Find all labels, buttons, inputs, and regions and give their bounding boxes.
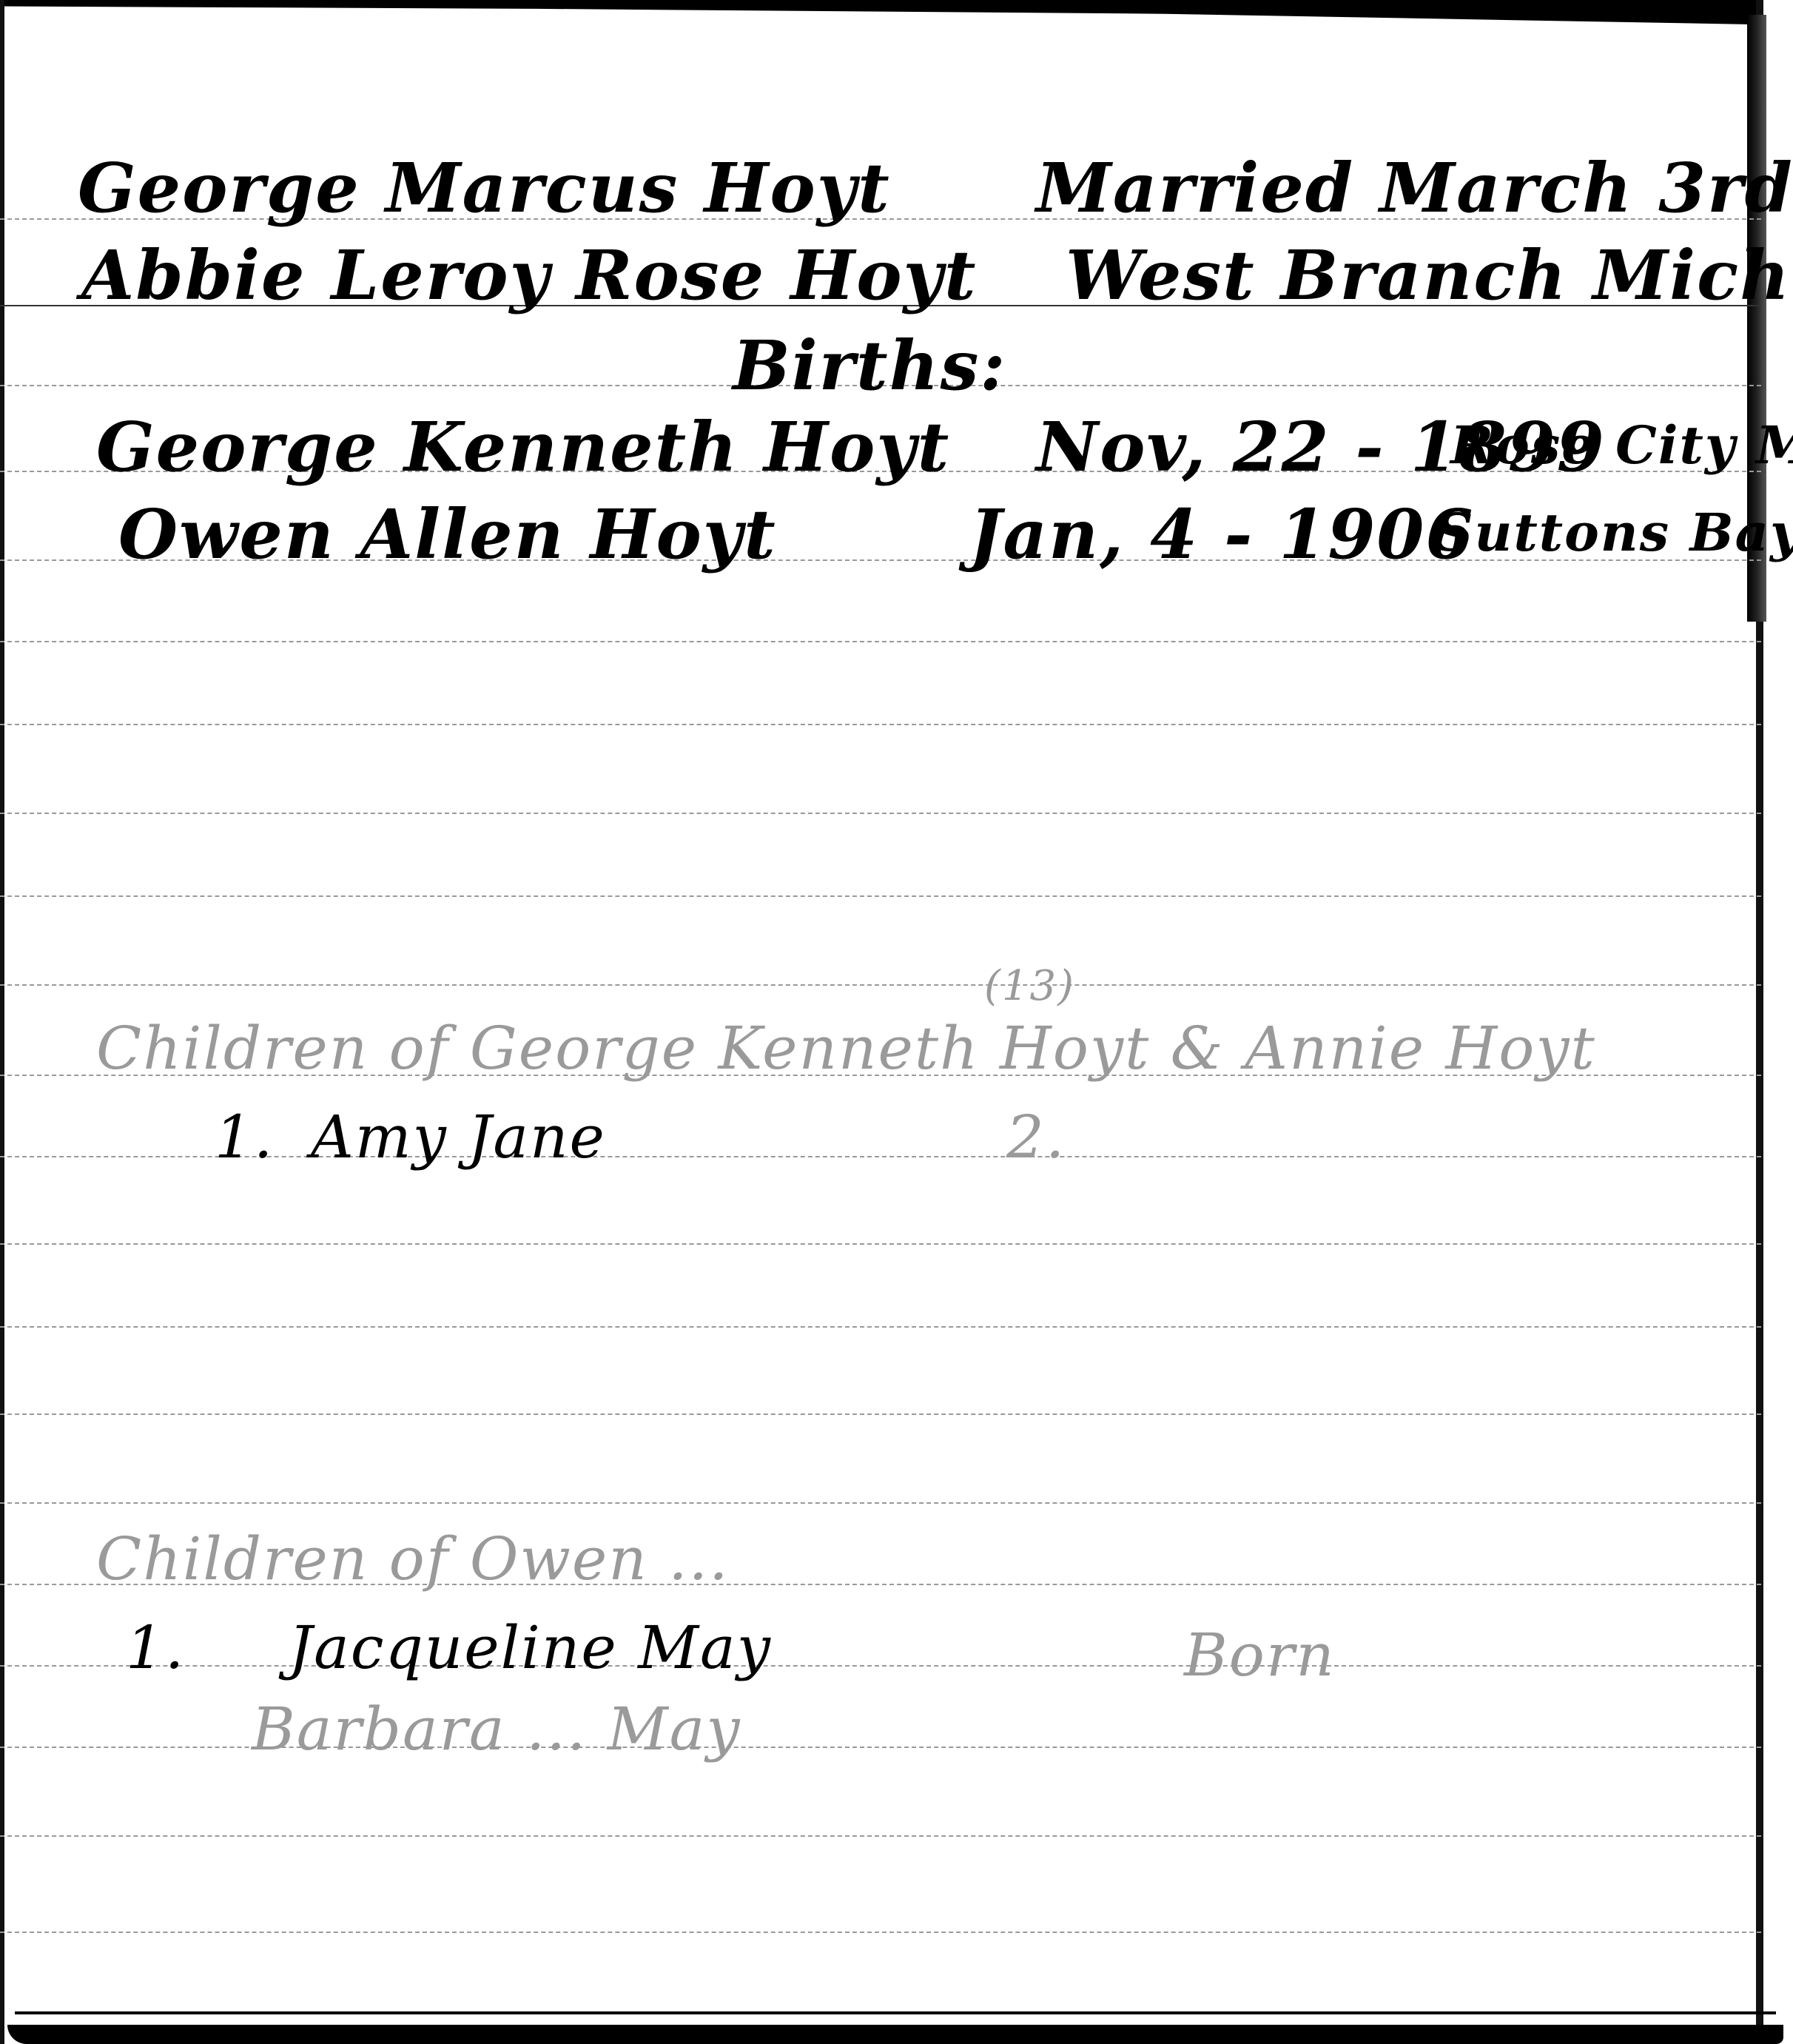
birth-place-2: Suttons Bay	[1436, 502, 1793, 563]
scan-edge-bottom	[7, 2025, 1783, 2044]
birth-date-2: Jan, 4 - 1906	[969, 494, 1474, 574]
scan-edge-top	[0, 0, 1793, 25]
ruled-line	[0, 895, 1761, 897]
ruled-line	[0, 641, 1761, 642]
child-2-2-name: Barbara ... May	[252, 1695, 741, 1764]
ruled-line	[0, 1665, 1761, 1667]
ruled-line	[0, 1243, 1761, 1245]
scan-edge-left	[0, 0, 4, 2044]
ruled-line	[0, 1932, 1761, 1933]
children-1-heading: Children of George Kenneth Hoyt & Annie …	[96, 1014, 1596, 1083]
marriage-date: Married March 3rd 1896	[1036, 148, 1793, 228]
birth-name-2: Owen Allen Hoyt	[118, 494, 777, 574]
record-page: George Marcus Hoyt Married March 3rd 189…	[0, 0, 1793, 2044]
birth-name-1: George Kenneth Hoyt	[96, 407, 950, 487]
children-1-annotation: (13)	[984, 962, 1075, 1010]
marriage-place: West Branch Mich	[1066, 235, 1791, 315]
ruled-line	[0, 1413, 1761, 1415]
child-1-number: 1.	[215, 1103, 274, 1171]
births-heading: Births:	[733, 326, 1006, 406]
husband-name: George Marcus Hoyt	[78, 148, 891, 228]
child-2-number: 2.	[1006, 1103, 1066, 1171]
birth-place-1: Rose City Mi	[1450, 414, 1793, 476]
wife-name: Abbie Leroy Rose Hoyt	[81, 235, 978, 315]
child-2-1-number: 1.	[126, 1613, 185, 1682]
ruled-line	[0, 813, 1761, 814]
child-2-1-name: Jacqueline May	[289, 1613, 772, 1682]
child-2-1-born: Born	[1184, 1621, 1336, 1690]
ruled-line	[0, 1502, 1761, 1504]
ruled-line	[0, 1326, 1761, 1328]
child-1-name: Amy Jane	[311, 1103, 606, 1171]
scan-edge-bottom-line	[15, 2011, 1776, 2014]
ruled-line	[0, 984, 1761, 986]
children-2-heading: Children of Owen ...	[96, 1524, 730, 1593]
ruled-line	[0, 724, 1761, 725]
ruled-line	[0, 1835, 1761, 1837]
